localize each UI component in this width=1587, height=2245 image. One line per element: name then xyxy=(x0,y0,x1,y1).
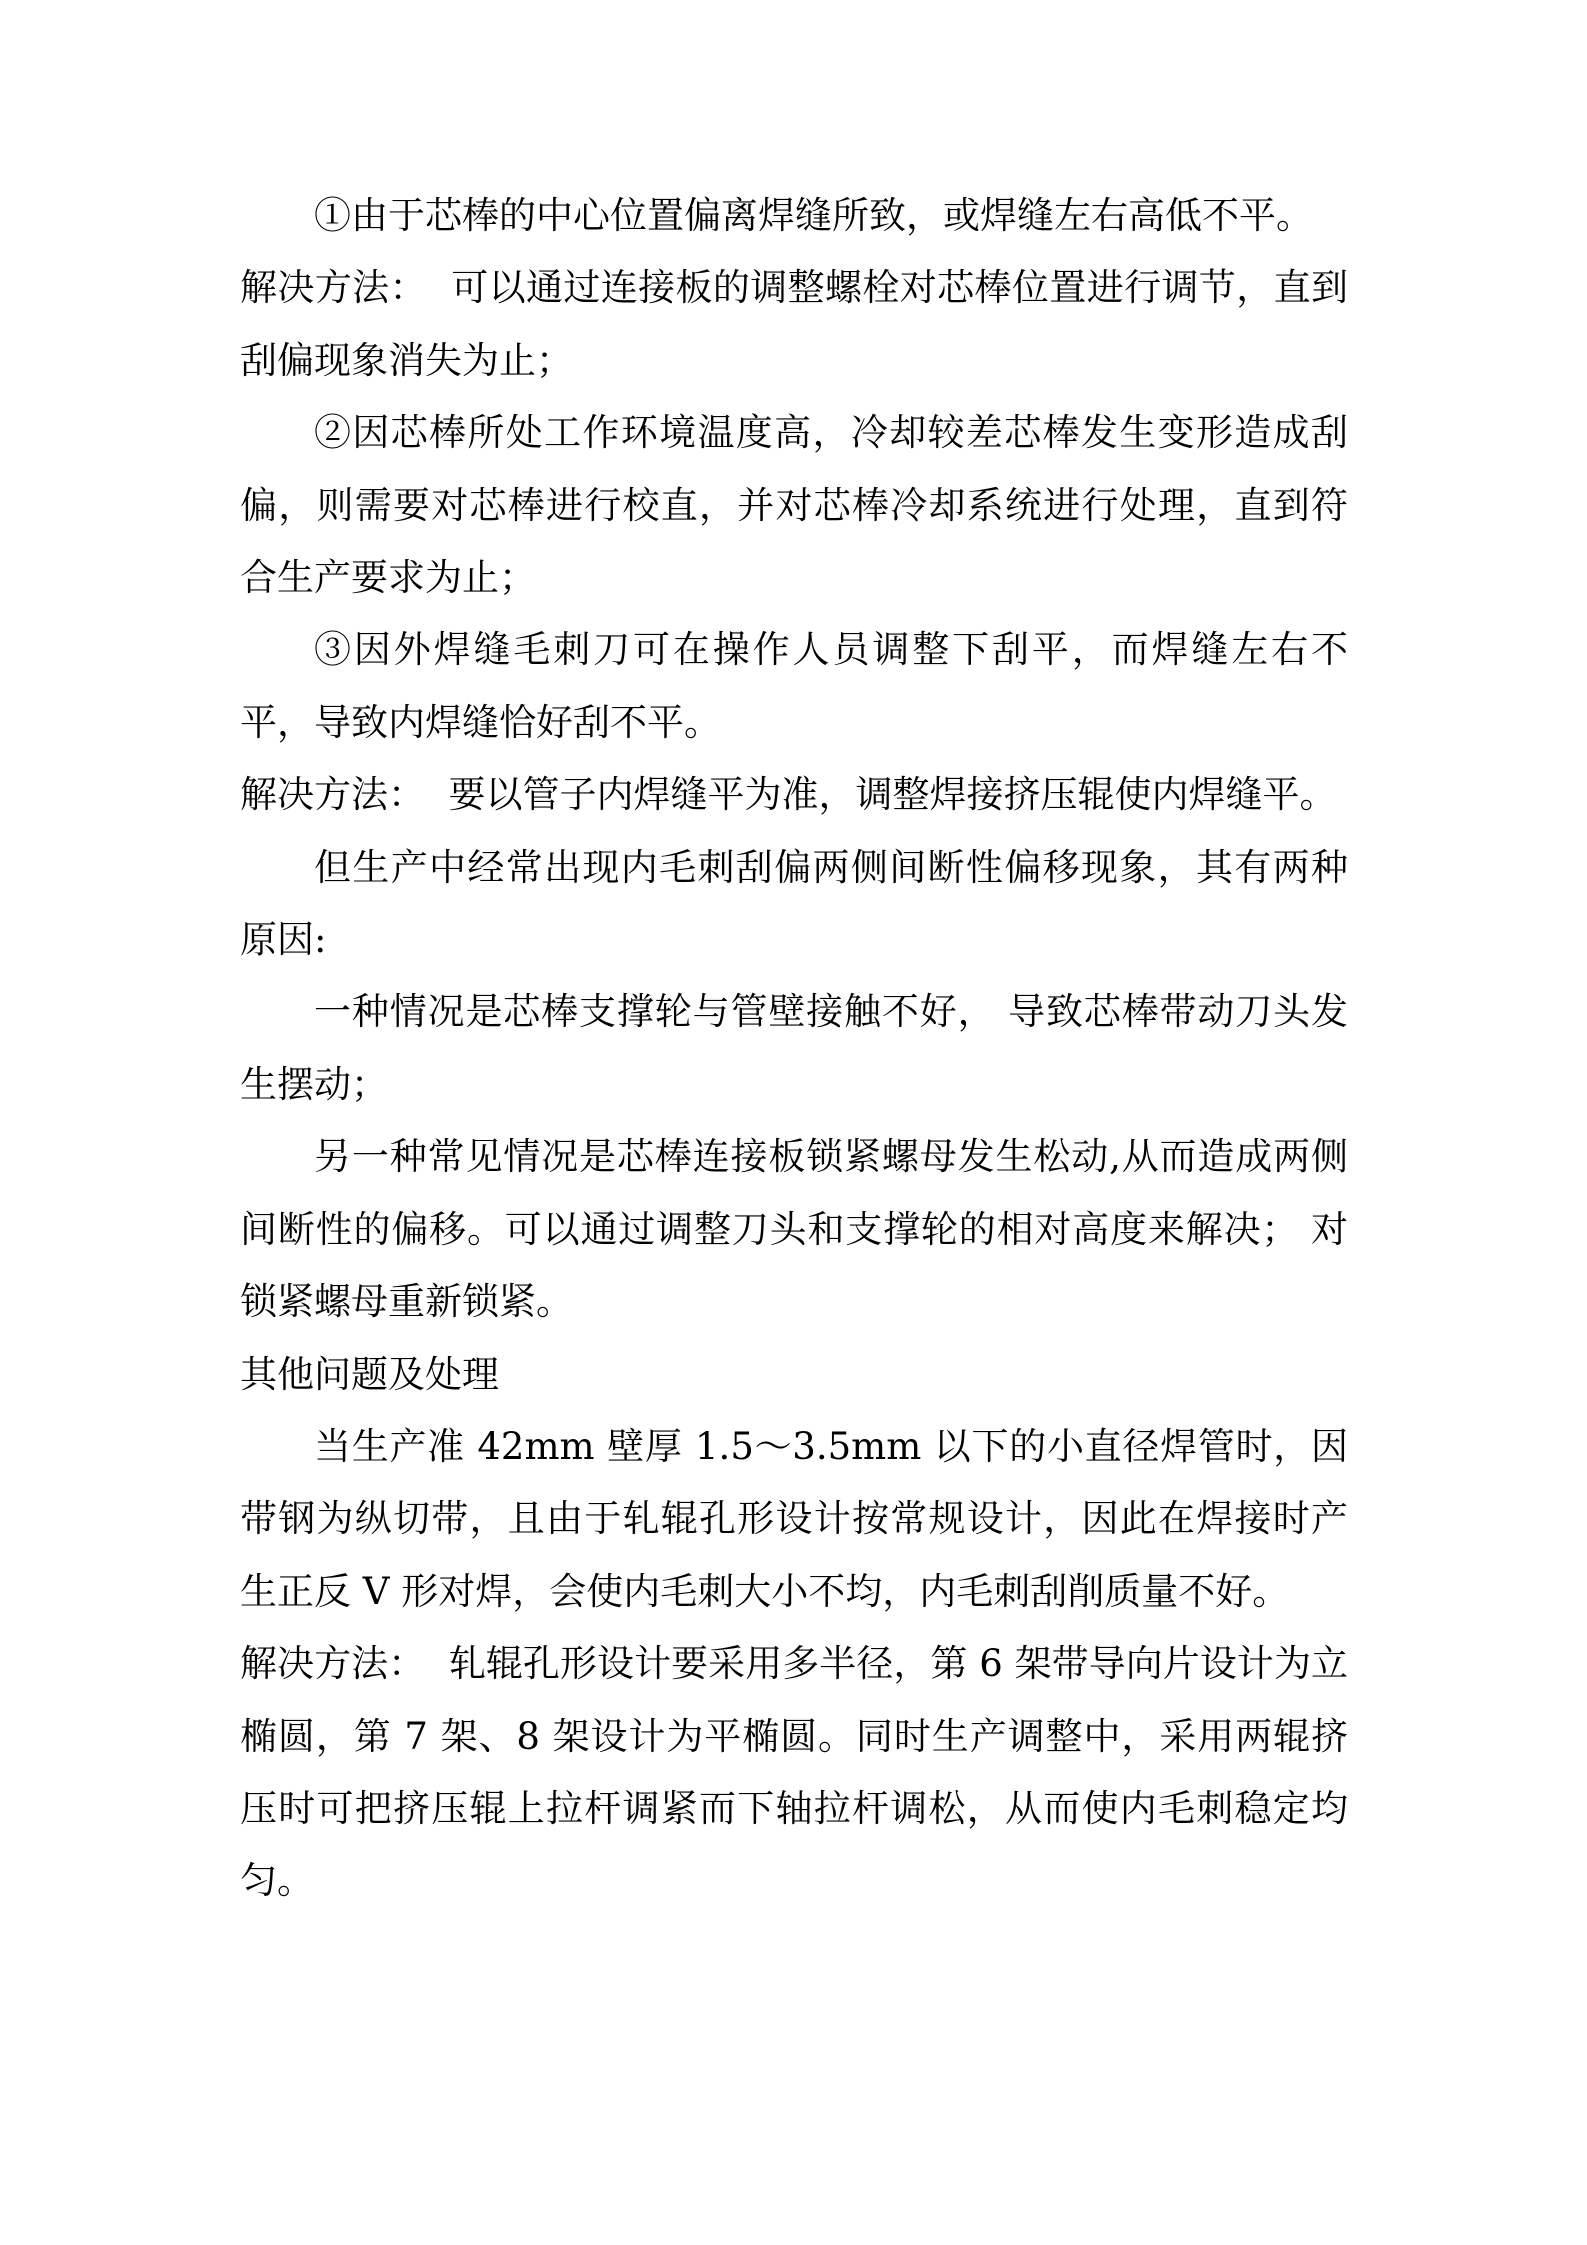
paragraph-cause-1: ①由于芯棒的中心位置偏离焊缝所致，或焊缝左右高低不平。 xyxy=(240,180,1348,252)
paragraph-offset-reason-1: 一种情况是芯棒支撑轮与管壁接触不好， 导致芯棒带动刀头发生摆动； xyxy=(240,976,1348,1121)
paragraph-cause-2: ②因芯棒所处工作环境温度高，冷却较差芯棒发生变形造成刮偏，则需要对芯棒进行校直，… xyxy=(240,397,1348,614)
paragraph-offset-intro: 但生产中经常出现内毛刺刮偏两侧间断性偏移现象，其有两种原因: xyxy=(240,832,1348,977)
paragraph-other-problem: 当生产准 42mm 壁厚 1.5～3.5mm 以下的小直径焊管时，因带钢为纵切带… xyxy=(240,1411,1348,1628)
document-text: ①由于芯棒的中心位置偏离焊缝所致，或焊缝左右高低不平。 解决方法： 可以通过连接… xyxy=(240,180,1348,1918)
paragraph-offset-reason-2: 另一种常见情况是芯棒连接板锁紧螺母发生松动,从而造成两侧间断性的偏移。可以通过调… xyxy=(240,1121,1348,1338)
paragraph-other-solution: 解决方法： 轧辊孔形设计要采用多半径，第 6 架带导向片设计为立椭圆，第 7 架… xyxy=(240,1628,1348,1918)
paragraph-solution-3: 解决方法： 要以管子内焊缝平为准，调整焊接挤压辊使内焊缝平。 xyxy=(240,759,1348,831)
paragraph-section-heading: 其他问题及处理 xyxy=(240,1339,1348,1411)
document-page: ①由于芯棒的中心位置偏离焊缝所致，或焊缝左右高低不平。 解决方法： 可以通过连接… xyxy=(0,0,1587,2245)
paragraph-solution-1: 解决方法： 可以通过连接板的调整螺栓对芯棒位置进行调节，直到刮偏现象消失为止； xyxy=(240,252,1348,397)
paragraph-cause-3: ③因外焊缝毛刺刀可在操作人员调整下刮平，而焊缝左右不平，导致内焊缝恰好刮不平。 xyxy=(240,614,1348,759)
